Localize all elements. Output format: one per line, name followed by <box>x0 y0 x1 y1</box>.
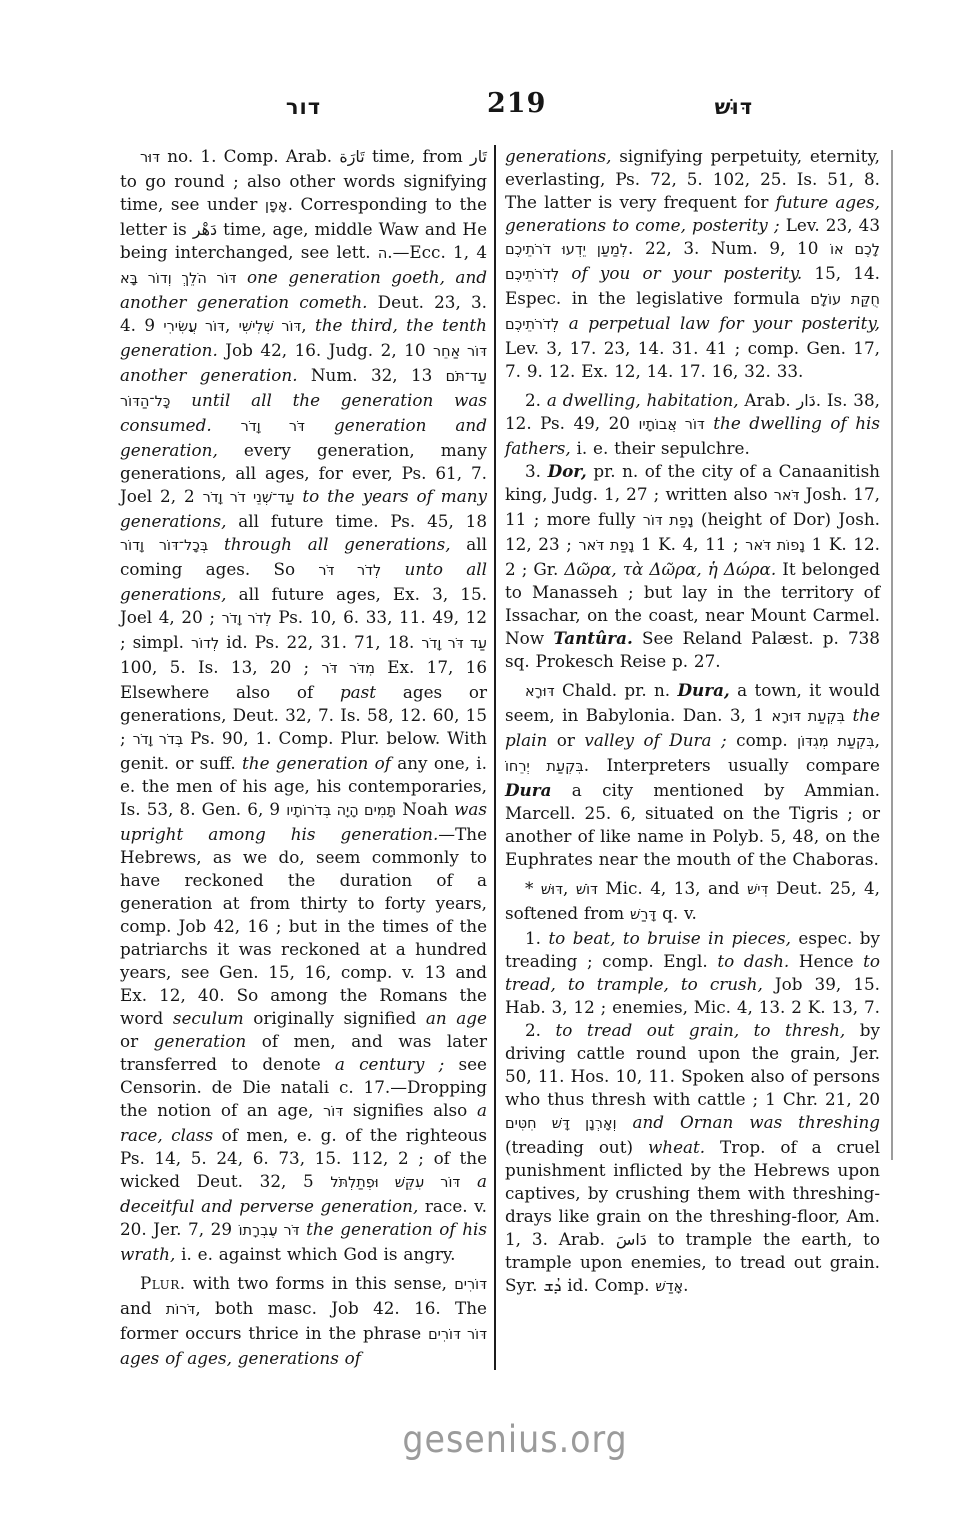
hebrew-word: דִּישׁ <box>747 882 768 898</box>
page-edge-line <box>891 150 893 1160</box>
text-run <box>208 534 224 554</box>
hebrew-word: וְאָרְנָן דָּשׁ חִטִּים <box>505 1116 617 1132</box>
hebrew-word: נָפַת דּוֹר <box>643 513 694 529</box>
hebrew-word: לְדֹר וָדֹר <box>222 611 272 627</box>
arabic-word: تَارَة <box>339 147 364 166</box>
text-run: Plur. <box>140 1273 186 1293</box>
text-run: Lev. 3, 17. 23, 14. 31. 41 ; comp. Gen. … <box>505 338 880 381</box>
column-divider <box>494 145 496 1370</box>
header-hebrew-left: דור <box>286 95 321 119</box>
text-run: Lev. 23, 43 <box>780 215 880 235</box>
hebrew-word: דָּרַשׁ <box>630 907 656 923</box>
arabic-word: دَار <box>797 391 816 410</box>
text-run: an age <box>426 1008 487 1028</box>
text-run: signifies also <box>343 1100 477 1120</box>
hebrew-word: נָפַת דֹּאר <box>578 538 634 554</box>
text-run <box>305 415 334 435</box>
hebrew-word: מִדֹּר דֹּר <box>322 661 375 677</box>
hebrew-word: דּוּר <box>140 150 160 166</box>
text-run: a perpetual law for your posterity, <box>569 313 880 333</box>
hebrew-word: בִּקְעַת דּוּרָא <box>771 709 845 725</box>
syriac-word: ܕܳܫ <box>543 1276 561 1295</box>
text-run: , <box>301 315 315 335</box>
hebrew-word: בִּקְעַת מְגִדּוֹן <box>797 734 875 750</box>
text-run <box>237 267 248 287</box>
text-run <box>559 263 571 283</box>
text-run: ages of ages, generations of <box>120 1348 361 1368</box>
paragraph: * דּוּשׁ, דּוֹשׁ Mic. 4, 13, and דִּישׁ … <box>505 877 880 927</box>
paragraph: 3. Dor, pr. n. of the city of a Canaanit… <box>505 460 880 673</box>
arabic-word: دَهْر <box>193 220 217 239</box>
text-run: generation <box>154 1031 246 1051</box>
text-run: Dura <box>505 780 551 800</box>
hebrew-word: דּוֹר הֹלֵךְ וְדוֹר בָּא <box>120 271 237 287</box>
text-run: Dor, <box>548 461 587 481</box>
text-run: no. 1. Comp. Arab. <box>160 146 339 166</box>
hebrew-word: לְמַעַן יֵדְעוּ דֹרֹתֵיכֶם <box>505 242 628 258</box>
text-run: to tread out grain, to thresh, <box>556 1020 846 1040</box>
text-run: wheat. <box>648 1137 705 1157</box>
text-run: 1 K. 4, 11 ; <box>634 534 745 554</box>
text-run: time, from <box>365 146 470 166</box>
text-run: —The Hebrews, as we do, seem commonly to… <box>120 824 487 1028</box>
text-run: valley of Dura ; <box>584 730 726 750</box>
text-run: , <box>875 730 880 750</box>
paragraph: generations, signifying perpetuity, eter… <box>505 145 880 383</box>
header-hebrew-right: דּוּשׁ <box>715 95 753 119</box>
hebrew-word: דּוֹר אֲבוֹתָיו <box>638 417 704 433</box>
text-run: to beat, to bruise in pieces, <box>548 928 791 948</box>
text-run: i. e. their sepulchre. <box>571 438 750 458</box>
text-run: or <box>547 730 584 750</box>
text-run: to dash. <box>717 951 789 971</box>
arabic-word: تَار <box>470 147 487 166</box>
text-run: past <box>340 682 376 702</box>
text-run: 1. <box>525 928 548 948</box>
right-column: generations, signifying perpetuity, eter… <box>505 145 880 1370</box>
text-run: generations, <box>505 146 611 166</box>
page-number: 219 <box>487 88 546 119</box>
text-run: . <box>683 1275 688 1295</box>
text-run: Num. 32, 13 <box>298 365 446 385</box>
hebrew-word: דּוֹרִים <box>454 1277 487 1293</box>
hebrew-word: דֹּר וָדֹר <box>241 419 305 435</box>
paragraph: 1. to beat, to bruise in pieces, espec. … <box>505 927 880 1019</box>
hebrew-word: בְּכָל־דּוֹר וָדוֹר <box>120 538 208 554</box>
hebrew-word: תָּמִים הָיָה בְּדֹרוֹתָיו <box>286 803 396 819</box>
hebrew-word: אָפָן <box>265 198 288 214</box>
text-run <box>559 313 569 333</box>
text-run <box>381 559 404 579</box>
text-run: Dura, <box>677 680 729 700</box>
hebrew-word: בִּקְעַת יְרֵחוֹ <box>505 759 584 775</box>
text-run: through all generations, <box>224 534 451 554</box>
text-run: q. v. <box>656 903 697 923</box>
text-run <box>170 390 191 410</box>
scanned-lexicon-page: דור 219 דּוּשׁ דּוּר no. 1. Comp. Arab. … <box>0 0 980 1525</box>
text-columns: דּוּר no. 1. Comp. Arab. تَارَة time, fr… <box>120 145 880 1370</box>
text-run: a century ; <box>335 1054 444 1074</box>
text-run: with two forms in this sense, <box>186 1273 455 1293</box>
text-run: another generation. <box>120 365 298 385</box>
hebrew-word: דּוֹר עִקֵּשׁ וּפְתַלְתֹּל <box>330 1175 460 1191</box>
text-run: a dwelling, habitation, <box>547 390 739 410</box>
hebrew-word: ה <box>378 246 387 262</box>
text-run: . 22, 3. Num. 9, 10 <box>628 238 830 258</box>
text-run: . Interpreters usually compare <box>584 755 880 775</box>
hebrew-word: דּוֹר שְׁלִישִׁי <box>239 319 302 335</box>
text-run: .—Ecc. 1, 4 <box>387 242 487 262</box>
hebrew-word: דּוֹר <box>323 1104 343 1120</box>
text-run: the generation of <box>242 753 391 773</box>
text-run: Mic. 4, 13, and <box>598 878 747 898</box>
hebrew-word: בְּדֹר וָדֹר <box>133 732 184 748</box>
paragraph: דּוּרָא Chald. pr. n. Dura, a town, it w… <box>505 679 880 871</box>
text-run: id. Comp. <box>561 1275 655 1295</box>
paragraph: דּוּר no. 1. Comp. Arab. تَارَة time, fr… <box>120 145 487 1266</box>
text-run: or <box>120 1031 154 1051</box>
text-run: 100, 5. Is. 13, 20 ; <box>120 657 322 677</box>
hebrew-word: דּוֹשׁ <box>576 882 598 898</box>
text-run: comp. <box>727 730 797 750</box>
hebrew-word: עַד דֹּר וָדֹר <box>421 636 487 652</box>
text-run: and Ornan was threshing <box>632 1112 880 1132</box>
hebrew-word: עַד־שְׁנֵי דֹר וָדֹר <box>203 490 295 506</box>
text-run: , <box>225 315 239 335</box>
paragraph: Plur. with two forms in this sense, דּוֹ… <box>120 1272 487 1370</box>
text-run: Hence <box>789 951 863 971</box>
text-run: , <box>563 878 576 898</box>
watermark: gesenius.org <box>402 1418 627 1461</box>
arabic-word: دَاسَ <box>616 1230 647 1249</box>
hebrew-word: נָפוֹת דֹּאר <box>745 538 805 554</box>
left-column: דּוּר no. 1. Comp. Arab. تَارَة time, fr… <box>120 145 487 1370</box>
hebrew-word: לְדֹר דֹּר <box>318 563 381 579</box>
hebrew-word: דֹּר עֶבְרָתוֹ <box>239 1223 300 1239</box>
text-run <box>460 1171 477 1191</box>
text-run: Tantûra. <box>553 628 632 648</box>
text-run: id. Ps. 22, 31. 71, 18. <box>219 632 421 652</box>
paragraph: 2. a dwelling, habitation, Arab. دَار. I… <box>505 389 880 460</box>
text-run <box>705 413 714 433</box>
hebrew-word: דֹּאר <box>774 488 800 504</box>
hebrew-word: דּוֹר אַחֵר <box>433 344 487 360</box>
text-run: Job 42, 16. Judg. 2, 10 <box>218 340 433 360</box>
text-run: 2. <box>525 390 547 410</box>
text-run: * <box>525 878 541 898</box>
paragraph: 2. to tread out grain, to thresh, by dri… <box>505 1019 880 1299</box>
text-run: Chald. pr. n. <box>555 680 678 700</box>
text-run: and <box>120 1298 166 1318</box>
text-run <box>845 705 852 725</box>
hebrew-word: אָדַשׁ <box>655 1279 683 1295</box>
running-header: דור 219 דּוּשׁ <box>120 88 880 119</box>
text-run: (treading out) <box>505 1137 648 1157</box>
text-run: originally signified <box>244 1008 426 1028</box>
text-run: a city mentioned by Ammian. Marcell. 25.… <box>505 780 880 869</box>
greek-word: Δῶρα, τὰ Δῶρα, ἡ Δώρα. <box>564 559 776 579</box>
hebrew-word: דּוֹר עֲשִׂירִי <box>163 319 225 335</box>
text-run: of you or your posterity. <box>571 263 802 283</box>
text-run: Arab. <box>739 390 797 410</box>
text-run: all future time. Ps. 45, 18 <box>226 511 487 531</box>
hebrew-word: דּוּשׁ <box>541 882 563 898</box>
text-run <box>617 1112 633 1132</box>
text-run: 2. <box>525 1020 556 1040</box>
text-run: 3. <box>525 461 548 481</box>
hebrew-word: דּוּרָא <box>525 684 555 700</box>
hebrew-word: דֹּרוֹת <box>166 1302 195 1318</box>
text-run: i. e. against which God is angry. <box>175 1244 455 1264</box>
text-run: Noah <box>396 799 454 819</box>
hebrew-word: לְדוֹר <box>191 636 219 652</box>
hebrew-word: דּוֹר דּוֹרִים <box>428 1327 487 1343</box>
text-run <box>212 415 241 435</box>
text-run: seculum <box>173 1008 244 1028</box>
